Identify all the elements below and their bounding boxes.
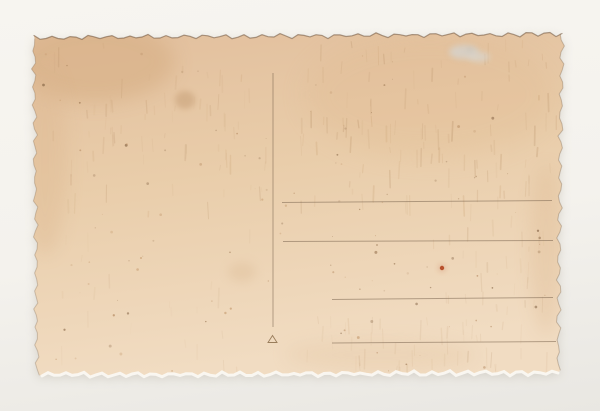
foxing-streak bbox=[546, 63, 547, 68]
foxing-streak bbox=[447, 327, 448, 338]
foxing-speck bbox=[497, 273, 498, 274]
foxing-streak bbox=[501, 155, 502, 170]
foxing-speck bbox=[55, 359, 56, 360]
foxing-streak bbox=[348, 319, 349, 334]
foxing-speck bbox=[464, 76, 466, 78]
foxing-streak bbox=[507, 307, 508, 314]
foxing-speck bbox=[152, 240, 154, 242]
foxing-streak bbox=[220, 70, 221, 86]
foxing-streak bbox=[414, 71, 415, 89]
stain bbox=[305, 33, 555, 157]
foxing-streak bbox=[502, 322, 503, 329]
foxing-streak bbox=[103, 138, 104, 154]
foxing-speck bbox=[330, 91, 333, 94]
foxing-streak bbox=[468, 352, 469, 362]
foxing-speck bbox=[128, 260, 129, 261]
smudge-blob bbox=[465, 48, 475, 53]
foxing-speck bbox=[407, 272, 409, 274]
foxing-streak bbox=[405, 89, 406, 109]
foxing-speck bbox=[215, 130, 217, 132]
foxing-streak bbox=[373, 186, 374, 202]
foxing-streak bbox=[88, 233, 89, 251]
foxing-speck bbox=[473, 130, 476, 133]
foxing-speck bbox=[266, 138, 267, 139]
foxing-speck bbox=[42, 84, 45, 87]
foxing-streak bbox=[543, 232, 544, 246]
foxing-speck bbox=[293, 192, 295, 194]
foxing-speck bbox=[538, 237, 541, 240]
foxing-streak bbox=[407, 196, 408, 215]
foxing-speck bbox=[449, 326, 450, 327]
photo-background bbox=[0, 0, 600, 411]
foxing-streak bbox=[514, 284, 515, 295]
foxing-streak bbox=[350, 137, 351, 152]
foxing-speck bbox=[457, 125, 460, 128]
foxing-speck bbox=[127, 312, 129, 314]
foxing-speck bbox=[164, 149, 166, 151]
foxing-speck bbox=[199, 163, 202, 166]
foxing-streak bbox=[525, 182, 526, 197]
foxing-speck bbox=[535, 306, 538, 309]
foxing-streak bbox=[249, 89, 250, 103]
foxing-speck bbox=[142, 256, 143, 257]
foxing-speck bbox=[140, 53, 143, 56]
foxing-streak bbox=[165, 134, 166, 138]
foxing-speck bbox=[539, 244, 540, 245]
foxing-speck bbox=[362, 55, 363, 56]
foxing-speck bbox=[66, 65, 67, 66]
foxing-streak bbox=[207, 72, 208, 77]
foxing-streak bbox=[368, 130, 369, 148]
foxing-speck bbox=[483, 366, 486, 369]
stain bbox=[175, 91, 195, 109]
foxing-streak bbox=[521, 325, 522, 344]
foxing-speck bbox=[458, 198, 459, 199]
foxing-streak bbox=[399, 162, 400, 179]
foxing-speck bbox=[405, 363, 407, 365]
foxing-speck bbox=[383, 84, 385, 86]
foxing-speck bbox=[330, 265, 331, 266]
foxing-streak bbox=[122, 79, 123, 98]
foxing-speck bbox=[171, 370, 173, 372]
foxing-streak bbox=[425, 126, 426, 140]
foxing-streak bbox=[359, 356, 360, 366]
stain bbox=[228, 262, 256, 282]
foxing-speck bbox=[95, 227, 96, 228]
foxing-speck bbox=[544, 295, 545, 296]
foxing-speck bbox=[341, 163, 343, 165]
foxing-speck bbox=[197, 71, 198, 72]
foxing-speck bbox=[211, 300, 212, 301]
postcard bbox=[0, 0, 600, 411]
foxing-streak bbox=[384, 54, 385, 63]
foxing-speck bbox=[344, 329, 346, 331]
foxing-streak bbox=[87, 162, 88, 172]
foxing-speck bbox=[451, 257, 454, 260]
foxing-speck bbox=[477, 275, 479, 277]
foxing-speck bbox=[117, 300, 118, 301]
foxing-speck bbox=[113, 314, 115, 316]
foxing-speck bbox=[384, 290, 386, 292]
foxing-speck bbox=[376, 244, 378, 246]
foxing-streak bbox=[261, 188, 262, 192]
foxing-streak bbox=[171, 308, 172, 316]
foxing-speck bbox=[281, 222, 283, 224]
foxing-speck bbox=[434, 179, 436, 181]
foxing-speck bbox=[336, 154, 338, 156]
foxing-speck bbox=[374, 251, 377, 254]
foxing-streak bbox=[472, 325, 473, 339]
foxing-speck bbox=[345, 277, 346, 278]
foxing-streak bbox=[75, 194, 76, 214]
foxing-streak bbox=[112, 127, 113, 146]
foxing-speck bbox=[420, 355, 421, 356]
foxing-speck bbox=[159, 213, 162, 216]
foxing-streak bbox=[176, 76, 177, 89]
foxing-streak bbox=[260, 187, 261, 201]
stain bbox=[285, 339, 475, 371]
foxing-speck bbox=[371, 112, 372, 113]
foxing-speck bbox=[315, 84, 316, 85]
foxing-speck bbox=[372, 280, 373, 281]
foxing-speck bbox=[230, 308, 232, 310]
foxing-streak bbox=[185, 340, 186, 347]
foxing-speck bbox=[244, 155, 246, 157]
foxing-speck bbox=[430, 287, 431, 288]
foxing-streak bbox=[87, 111, 88, 118]
foxing-streak bbox=[550, 164, 551, 173]
foxing-speck bbox=[236, 133, 238, 135]
foxing-speck bbox=[371, 344, 372, 345]
foxing-streak bbox=[369, 73, 370, 82]
foxing-speck bbox=[490, 326, 491, 327]
foxing-streak bbox=[521, 259, 522, 272]
foxing-speck bbox=[427, 267, 428, 268]
foxing-streak bbox=[265, 162, 266, 170]
foxing-speck bbox=[181, 71, 183, 73]
foxing-streak bbox=[537, 148, 538, 157]
foxing-speck bbox=[205, 321, 206, 322]
foxing-speck bbox=[415, 303, 418, 306]
foxing-speck bbox=[80, 292, 81, 293]
foxing-speck bbox=[224, 312, 226, 314]
foxing-speck bbox=[119, 353, 122, 356]
foxing-streak bbox=[428, 105, 429, 114]
foxing-spot-red bbox=[440, 266, 444, 270]
foxing-speck bbox=[146, 182, 149, 185]
foxing-speck bbox=[255, 188, 256, 189]
foxing-streak bbox=[66, 236, 67, 245]
foxing-streak bbox=[316, 142, 317, 154]
foxing-speck bbox=[474, 177, 475, 178]
foxing-speck bbox=[126, 143, 128, 145]
foxing-speck bbox=[70, 264, 72, 266]
foxing-speck bbox=[59, 100, 61, 102]
foxing-streak bbox=[542, 54, 543, 60]
foxing-speck bbox=[515, 212, 516, 213]
foxing-speck bbox=[370, 320, 373, 323]
foxing-speck bbox=[79, 149, 81, 151]
foxing-streak bbox=[491, 145, 492, 151]
foxing-speck bbox=[140, 257, 142, 259]
foxing-streak bbox=[146, 101, 147, 114]
foxing-streak bbox=[446, 293, 447, 303]
foxing-speck bbox=[340, 332, 342, 334]
foxing-speck bbox=[261, 199, 263, 201]
foxing-streak bbox=[496, 305, 497, 311]
foxing-speck bbox=[392, 61, 393, 62]
foxing-streak bbox=[464, 196, 465, 216]
foxing-streak bbox=[226, 154, 227, 160]
foxing-speck bbox=[476, 176, 477, 177]
foxing-speck bbox=[388, 370, 389, 371]
foxing-speck bbox=[344, 128, 346, 130]
foxing-streak bbox=[94, 288, 95, 300]
foxing-speck bbox=[75, 357, 77, 359]
foxing-speck bbox=[268, 280, 269, 281]
foxing-speck bbox=[538, 250, 541, 253]
foxing-streak bbox=[114, 133, 115, 143]
foxing-speck bbox=[492, 287, 494, 289]
foxing-speck bbox=[335, 163, 336, 164]
foxing-speck bbox=[491, 117, 494, 120]
foxing-speck bbox=[332, 271, 334, 273]
foxing-streak bbox=[363, 165, 364, 173]
foxing-speck bbox=[359, 209, 360, 210]
foxing-speck bbox=[507, 173, 508, 174]
foxing-speck bbox=[376, 352, 378, 354]
foxing-speck bbox=[45, 53, 47, 55]
foxing-speck bbox=[310, 111, 311, 112]
foxing-streak bbox=[211, 282, 212, 289]
foxing-streak bbox=[511, 216, 512, 227]
foxing-streak bbox=[490, 125, 491, 136]
foxing-streak bbox=[351, 337, 352, 350]
foxing-speck bbox=[93, 174, 96, 177]
foxing-speck bbox=[229, 252, 231, 254]
foxing-streak bbox=[112, 101, 113, 112]
foxing-streak bbox=[438, 130, 439, 150]
foxing-streak bbox=[218, 288, 219, 307]
foxing-speck bbox=[475, 320, 477, 322]
foxing-streak bbox=[149, 75, 150, 80]
foxing-speck bbox=[386, 194, 387, 195]
foxing-speck bbox=[102, 214, 103, 215]
smudge-blob bbox=[468, 52, 490, 62]
foxing-streak bbox=[526, 113, 527, 130]
foxing-streak bbox=[234, 128, 235, 139]
stain bbox=[530, 165, 562, 335]
foxing-streak bbox=[477, 160, 478, 168]
foxing-streak bbox=[395, 343, 396, 353]
foxing-speck bbox=[110, 231, 113, 234]
foxing-speck bbox=[537, 230, 539, 232]
foxing-streak bbox=[493, 220, 494, 236]
foxing-speck bbox=[266, 189, 268, 191]
foxing-speck bbox=[89, 261, 91, 263]
foxing-speck bbox=[88, 283, 90, 285]
foxing-streak bbox=[547, 353, 548, 372]
foxing-speck bbox=[332, 236, 333, 237]
foxing-streak bbox=[103, 44, 104, 48]
foxing-streak bbox=[548, 94, 549, 112]
foxing-streak bbox=[481, 274, 482, 292]
foxing-streak bbox=[322, 327, 323, 342]
foxing-speck bbox=[79, 102, 81, 104]
foxing-speck bbox=[392, 79, 393, 80]
foxing-speck bbox=[359, 288, 361, 290]
stain bbox=[23, 65, 67, 255]
foxing-speck bbox=[109, 345, 112, 348]
foxing-streak bbox=[420, 321, 421, 340]
foxing-streak bbox=[175, 106, 176, 111]
foxing-streak bbox=[364, 350, 365, 369]
foxing-streak bbox=[458, 79, 459, 84]
foxing-speck bbox=[259, 157, 261, 159]
foxing-streak bbox=[172, 184, 173, 195]
foxing-speck bbox=[63, 329, 65, 331]
foxing-streak bbox=[431, 154, 432, 163]
foxing-streak bbox=[436, 125, 437, 133]
foxing-streak bbox=[186, 154, 187, 159]
foxing-streak bbox=[515, 61, 516, 67]
foxing-streak bbox=[452, 122, 453, 141]
foxing-speck bbox=[357, 336, 360, 339]
foxing-speck bbox=[375, 235, 376, 236]
foxing-streak bbox=[337, 133, 338, 139]
foxing-speck bbox=[136, 268, 139, 271]
foxing-speck bbox=[446, 161, 448, 163]
foxing-streak bbox=[200, 99, 201, 109]
foxing-streak bbox=[390, 171, 391, 188]
foxing-speck bbox=[394, 263, 396, 265]
foxing-speck bbox=[280, 233, 282, 235]
foxing-speck bbox=[285, 205, 287, 207]
foxing-streak bbox=[475, 161, 476, 178]
